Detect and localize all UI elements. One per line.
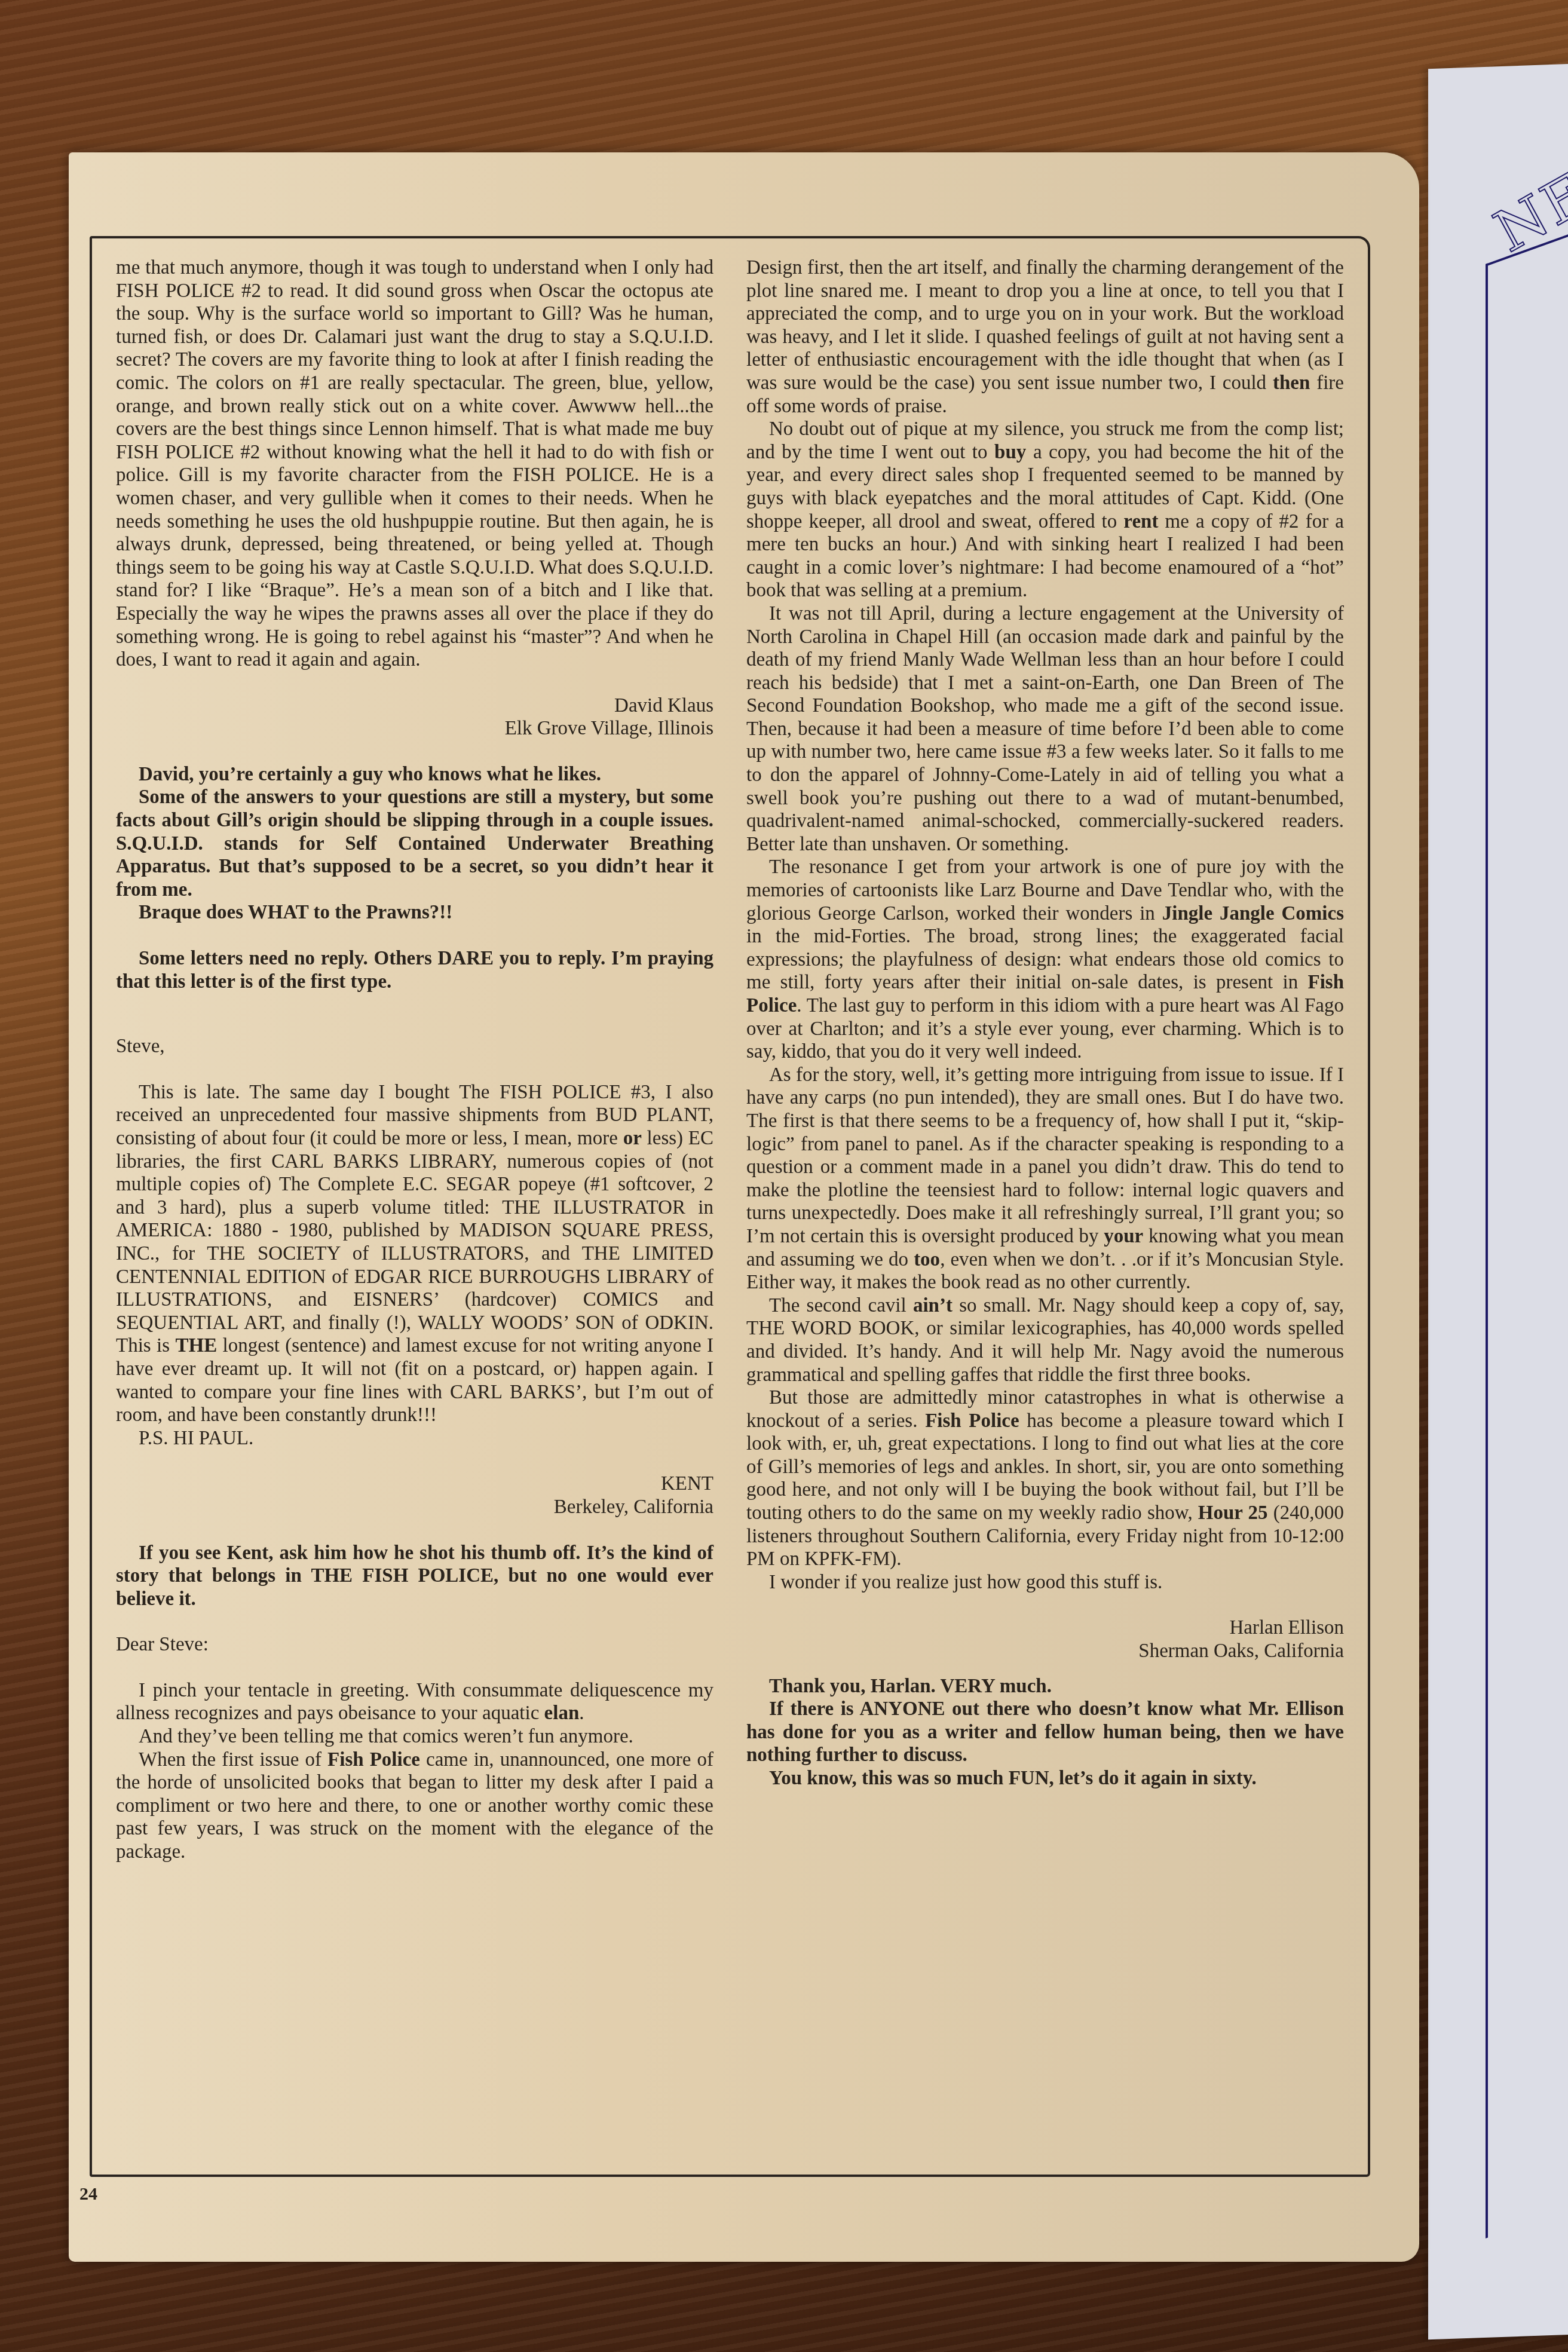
letter-ellison-body: But those are admittedly minor catastrop… [746, 1386, 1344, 1571]
letter-ellison-body: I pinch your tentacle in greeting. With … [116, 1679, 713, 1725]
signature-name: KENT [116, 1472, 713, 1496]
letter-ellison-body: As for the story, well, it’s getting mor… [746, 1064, 1344, 1294]
editor-reply: You know, this was so much FUN, let’s do… [746, 1767, 1344, 1790]
editor-reply: Some letters need no reply. Others DARE … [116, 947, 713, 993]
signature-name: David Klaus [116, 694, 713, 718]
editor-reply: If you see Kent, ask him how he shot his… [116, 1542, 713, 1611]
letter-ellison-body: I wonder if you realize just how good th… [746, 1571, 1344, 1594]
signature-location: Berkeley, California [116, 1496, 713, 1519]
salutation: Steve, [116, 1035, 713, 1058]
signature-location: Sherman Oaks, California [746, 1640, 1344, 1663]
text-frame: me that much anymore, though it was toug… [90, 236, 1370, 2177]
letter-david-klaus-body: me that much anymore, though it was toug… [116, 256, 713, 672]
postscript: P.S. HI PAUL. [116, 1427, 713, 1450]
letter-kent-body: This is late. The same day I bought The … [116, 1081, 713, 1427]
letter-ellison-body: Design first, then the art itself, and f… [746, 256, 1344, 418]
letter-ellison-body: The second cavil ain’t so small. Mr. Nag… [746, 1294, 1344, 1386]
editor-reply: Some of the answers to your questions ar… [116, 786, 713, 901]
page-number: 24 [79, 2184, 97, 2204]
editor-reply: Braque does WHAT to the Prawns?!! [116, 901, 713, 924]
signature-name: Harlan Ellison [746, 1616, 1344, 1640]
letter-ellison-body: And they’ve been telling me that comics … [116, 1725, 713, 1748]
facing-page: NE [1428, 63, 1568, 2339]
letter-ellison-body: No doubt out of pique at my silence, you… [746, 418, 1344, 602]
letter-ellison-body: It was not till April, during a lecture … [746, 602, 1344, 856]
facing-page-frame [1486, 207, 1568, 2238]
letters-page: me that much anymore, though it was toug… [69, 152, 1419, 2262]
left-column: me that much anymore, though it was toug… [116, 256, 713, 1864]
right-column: Design first, then the art itself, and f… [746, 256, 1344, 1790]
editor-reply: David, you’re certainly a guy who knows … [116, 763, 713, 786]
editor-reply: If there is ANYONE out there who doesn’t… [746, 1698, 1344, 1767]
editor-reply: Thank you, Harlan. VERY much. [746, 1675, 1344, 1698]
signature-location: Elk Grove Village, Illinois [116, 717, 713, 740]
salutation: Dear Steve: [116, 1633, 713, 1656]
letter-ellison-body: The resonance I get from your artwork is… [746, 856, 1344, 1063]
letter-ellison-body: When the first issue of Fish Police came… [116, 1748, 713, 1864]
